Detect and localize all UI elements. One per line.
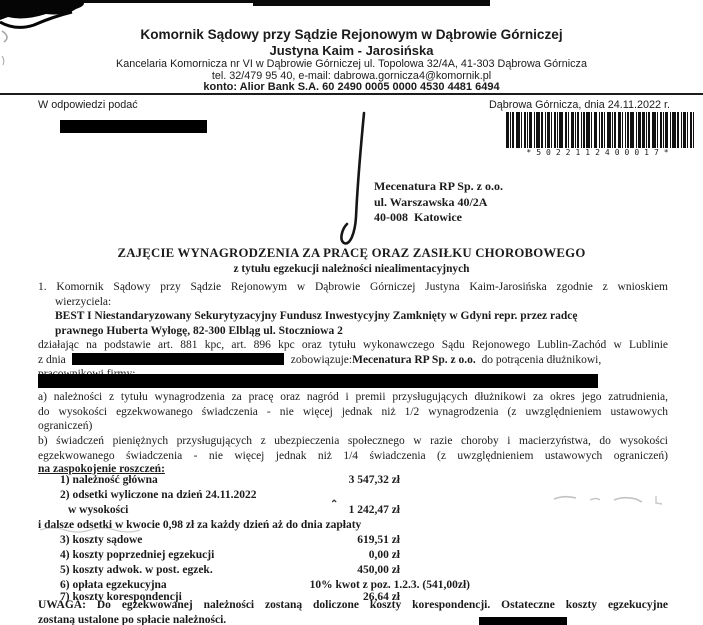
clause-b-line-1: b) świadczeń pieniężnych przysługujących… bbox=[38, 434, 668, 449]
barcode bbox=[506, 112, 694, 148]
addressee-city: 40-008 Katowice bbox=[374, 210, 462, 225]
obliged-company: Mecenatura RP Sp. z o.o. bbox=[352, 354, 476, 366]
redacted-case-number bbox=[60, 120, 207, 133]
claim-amount: 450,00 zł bbox=[38, 564, 400, 576]
reply-reference-label: W odpowiedzi podać bbox=[38, 99, 138, 111]
addressee-name: Mecenatura RP Sp. z o.o. bbox=[374, 179, 503, 194]
claim-amount: 10% kwot z poz. 1.2.3. (541,00zł) bbox=[38, 579, 470, 591]
redacted-footer bbox=[479, 617, 567, 625]
claim-amount: 1 242,47 zł bbox=[38, 504, 400, 516]
handwritten-checkmark bbox=[333, 105, 378, 255]
clause-a-line-2: do wysokości egzekwowanego świadczenia -… bbox=[38, 405, 668, 420]
claim-label: 2) odsetki wyliczone na dzień 24.11.2022 bbox=[60, 489, 256, 501]
intro-line-1: 1. Komornik Sądowy przy Sądzie Rejonowym… bbox=[38, 280, 668, 295]
obligation-suffix: do potrącenia dłużnikowi, bbox=[481, 354, 601, 366]
addressee-street: ul. Warszawska 40/2A bbox=[374, 195, 487, 210]
scanned-document-page: Komornik Sądowy przy Sądzie Rejonowym w … bbox=[0, 0, 703, 625]
letterhead-address: Kancelaria Komornicza nr VI w Dąbrowie G… bbox=[0, 58, 703, 70]
claim-row-prev-execution: 4) koszty poprzedniej egzekucji 0,00 zł bbox=[38, 549, 668, 564]
intro-line-2: wierzyciela: bbox=[38, 295, 685, 310]
barcode-digits: *5022112400017* bbox=[506, 148, 694, 157]
claim-amount: 3 547,32 zł bbox=[38, 474, 400, 486]
scan-edge-strip-thick bbox=[253, 0, 490, 6]
redacted-debtor-name bbox=[38, 374, 598, 388]
creditor-name-line-1: BEST I Niestandaryzowany Sekurytyzacyjny… bbox=[38, 309, 685, 324]
document-subtitle: z tytułu egzekucji należności niealiment… bbox=[0, 263, 703, 275]
z-dnia-label: z dnia bbox=[38, 354, 66, 366]
claim-amount: 0,00 zł bbox=[38, 549, 400, 561]
obliges-label: zobowiązuje: bbox=[291, 354, 352, 366]
clause-a-line-1: a) należności z tytułu wynagrodzenia za … bbox=[38, 390, 668, 405]
obligation-line: z dniazobowiązuje:Mecenatura RP Sp. z o.… bbox=[38, 353, 668, 368]
legal-basis-line: działając na podstawie art. 881 kpc, art… bbox=[38, 338, 668, 353]
place-date: Dąbrowa Górnicza, dnia 24.11.2022 r. bbox=[489, 99, 670, 111]
pen-underline-mark bbox=[40, 526, 140, 534]
letterhead-office-name: Komornik Sądowy przy Sądzie Rejonowym w … bbox=[0, 27, 703, 42]
claim-row-attorney-costs: 5) koszty adwok. w post. egzek. 450,00 z… bbox=[38, 564, 668, 579]
claim-amount: 619,51 zł bbox=[38, 534, 400, 546]
pen-smudge-marks bbox=[552, 492, 672, 506]
header-divider bbox=[0, 93, 703, 95]
notice-line-1: UWAGA: Do egzekwowanej należności zostan… bbox=[38, 598, 668, 613]
handwritten-tick-mark: ⌃ bbox=[330, 499, 338, 510]
letterhead-bailiff-name: Justyna Kaim - Jarosińska bbox=[0, 43, 703, 58]
claim-row-principal: 1) należność główna 3 547,32 zł bbox=[38, 474, 668, 489]
creditor-name-line-2: prawnego Huberta Wyłogę, 82-300 Elbląg u… bbox=[38, 324, 685, 339]
claim-row-court-costs: 3) koszty sądowe 619,51 zł bbox=[38, 534, 668, 549]
redacted-title-date bbox=[72, 353, 284, 365]
letterhead-bank-account: konto: Alior Bank S.A. 60 2490 0005 0000… bbox=[0, 81, 703, 93]
notice-line-2: zostaną ustalone po spłacie należności. bbox=[38, 613, 668, 625]
claim-row-interest-amount: w wysokości 1 242,47 zł bbox=[38, 504, 668, 519]
clause-a-line-3: ograniczeń) bbox=[38, 419, 668, 434]
document-title: ZAJĘCIE WYNAGRODZENIA ZA PRACĘ ORAZ ZASI… bbox=[0, 246, 703, 261]
